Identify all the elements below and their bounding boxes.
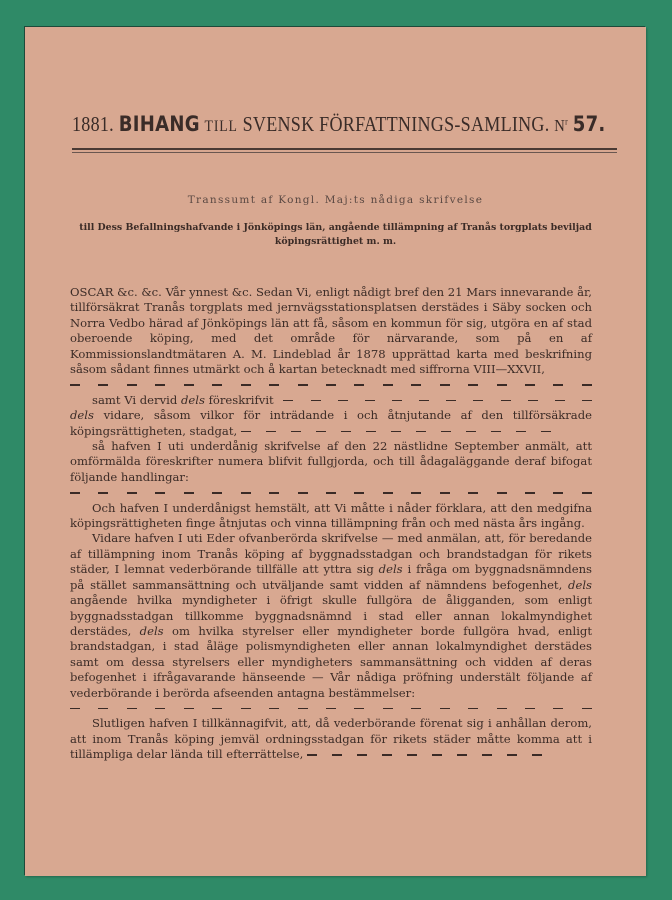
- dash-separator: [70, 701, 592, 716]
- paragraph-3: dels vidare, såsom vilkor för inträdande…: [70, 408, 592, 439]
- document-subheading: till Dess Befallningshafvande i Jönköpin…: [65, 221, 606, 249]
- masthead-rule-thin: [72, 152, 617, 153]
- document-subtitle: Transsumt af Kongl. Maj:ts nådiga skrifv…: [25, 194, 646, 206]
- paragraph-7: Slutligen hafven I tillkännagifvit, att,…: [70, 716, 592, 762]
- masthead-bihang: BIHANG: [119, 112, 200, 136]
- paragraph-2: samt Vi dervid dels föreskrifvit: [70, 393, 592, 408]
- masthead-number: 57.: [573, 112, 606, 136]
- masthead-till: TILL: [205, 118, 238, 135]
- paragraph-1: OSCAR &c. &c. Vår ynnest &c. Sedan Vi, e…: [70, 285, 592, 377]
- masthead: 1881. BIHANG TILL SVENSK FÖRFATTNINGS-SA…: [72, 112, 542, 137]
- paragraph-4: så hafven I uti underdånig skrifvelse af…: [70, 439, 592, 485]
- dash-separator: [70, 485, 592, 500]
- masthead-year: 1881.: [72, 112, 114, 136]
- masthead-rule: [72, 148, 617, 150]
- masthead-title: SVENSK FÖRFATTNINGS-SAMLING.: [243, 112, 550, 136]
- paragraph-6: Vidare hafven I uti Eder ofvanberörda sk…: [70, 531, 592, 700]
- dash-separator: [70, 377, 592, 392]
- paragraph-5: Och hafven I underdånigst hemstält, att …: [70, 501, 592, 532]
- document-body: OSCAR &c. &c. Vår ynnest &c. Sedan Vi, e…: [70, 285, 592, 763]
- document-page: 1881. BIHANG TILL SVENSK FÖRFATTNINGS-SA…: [25, 27, 646, 876]
- masthead-number-prefix: Nr: [554, 116, 568, 135]
